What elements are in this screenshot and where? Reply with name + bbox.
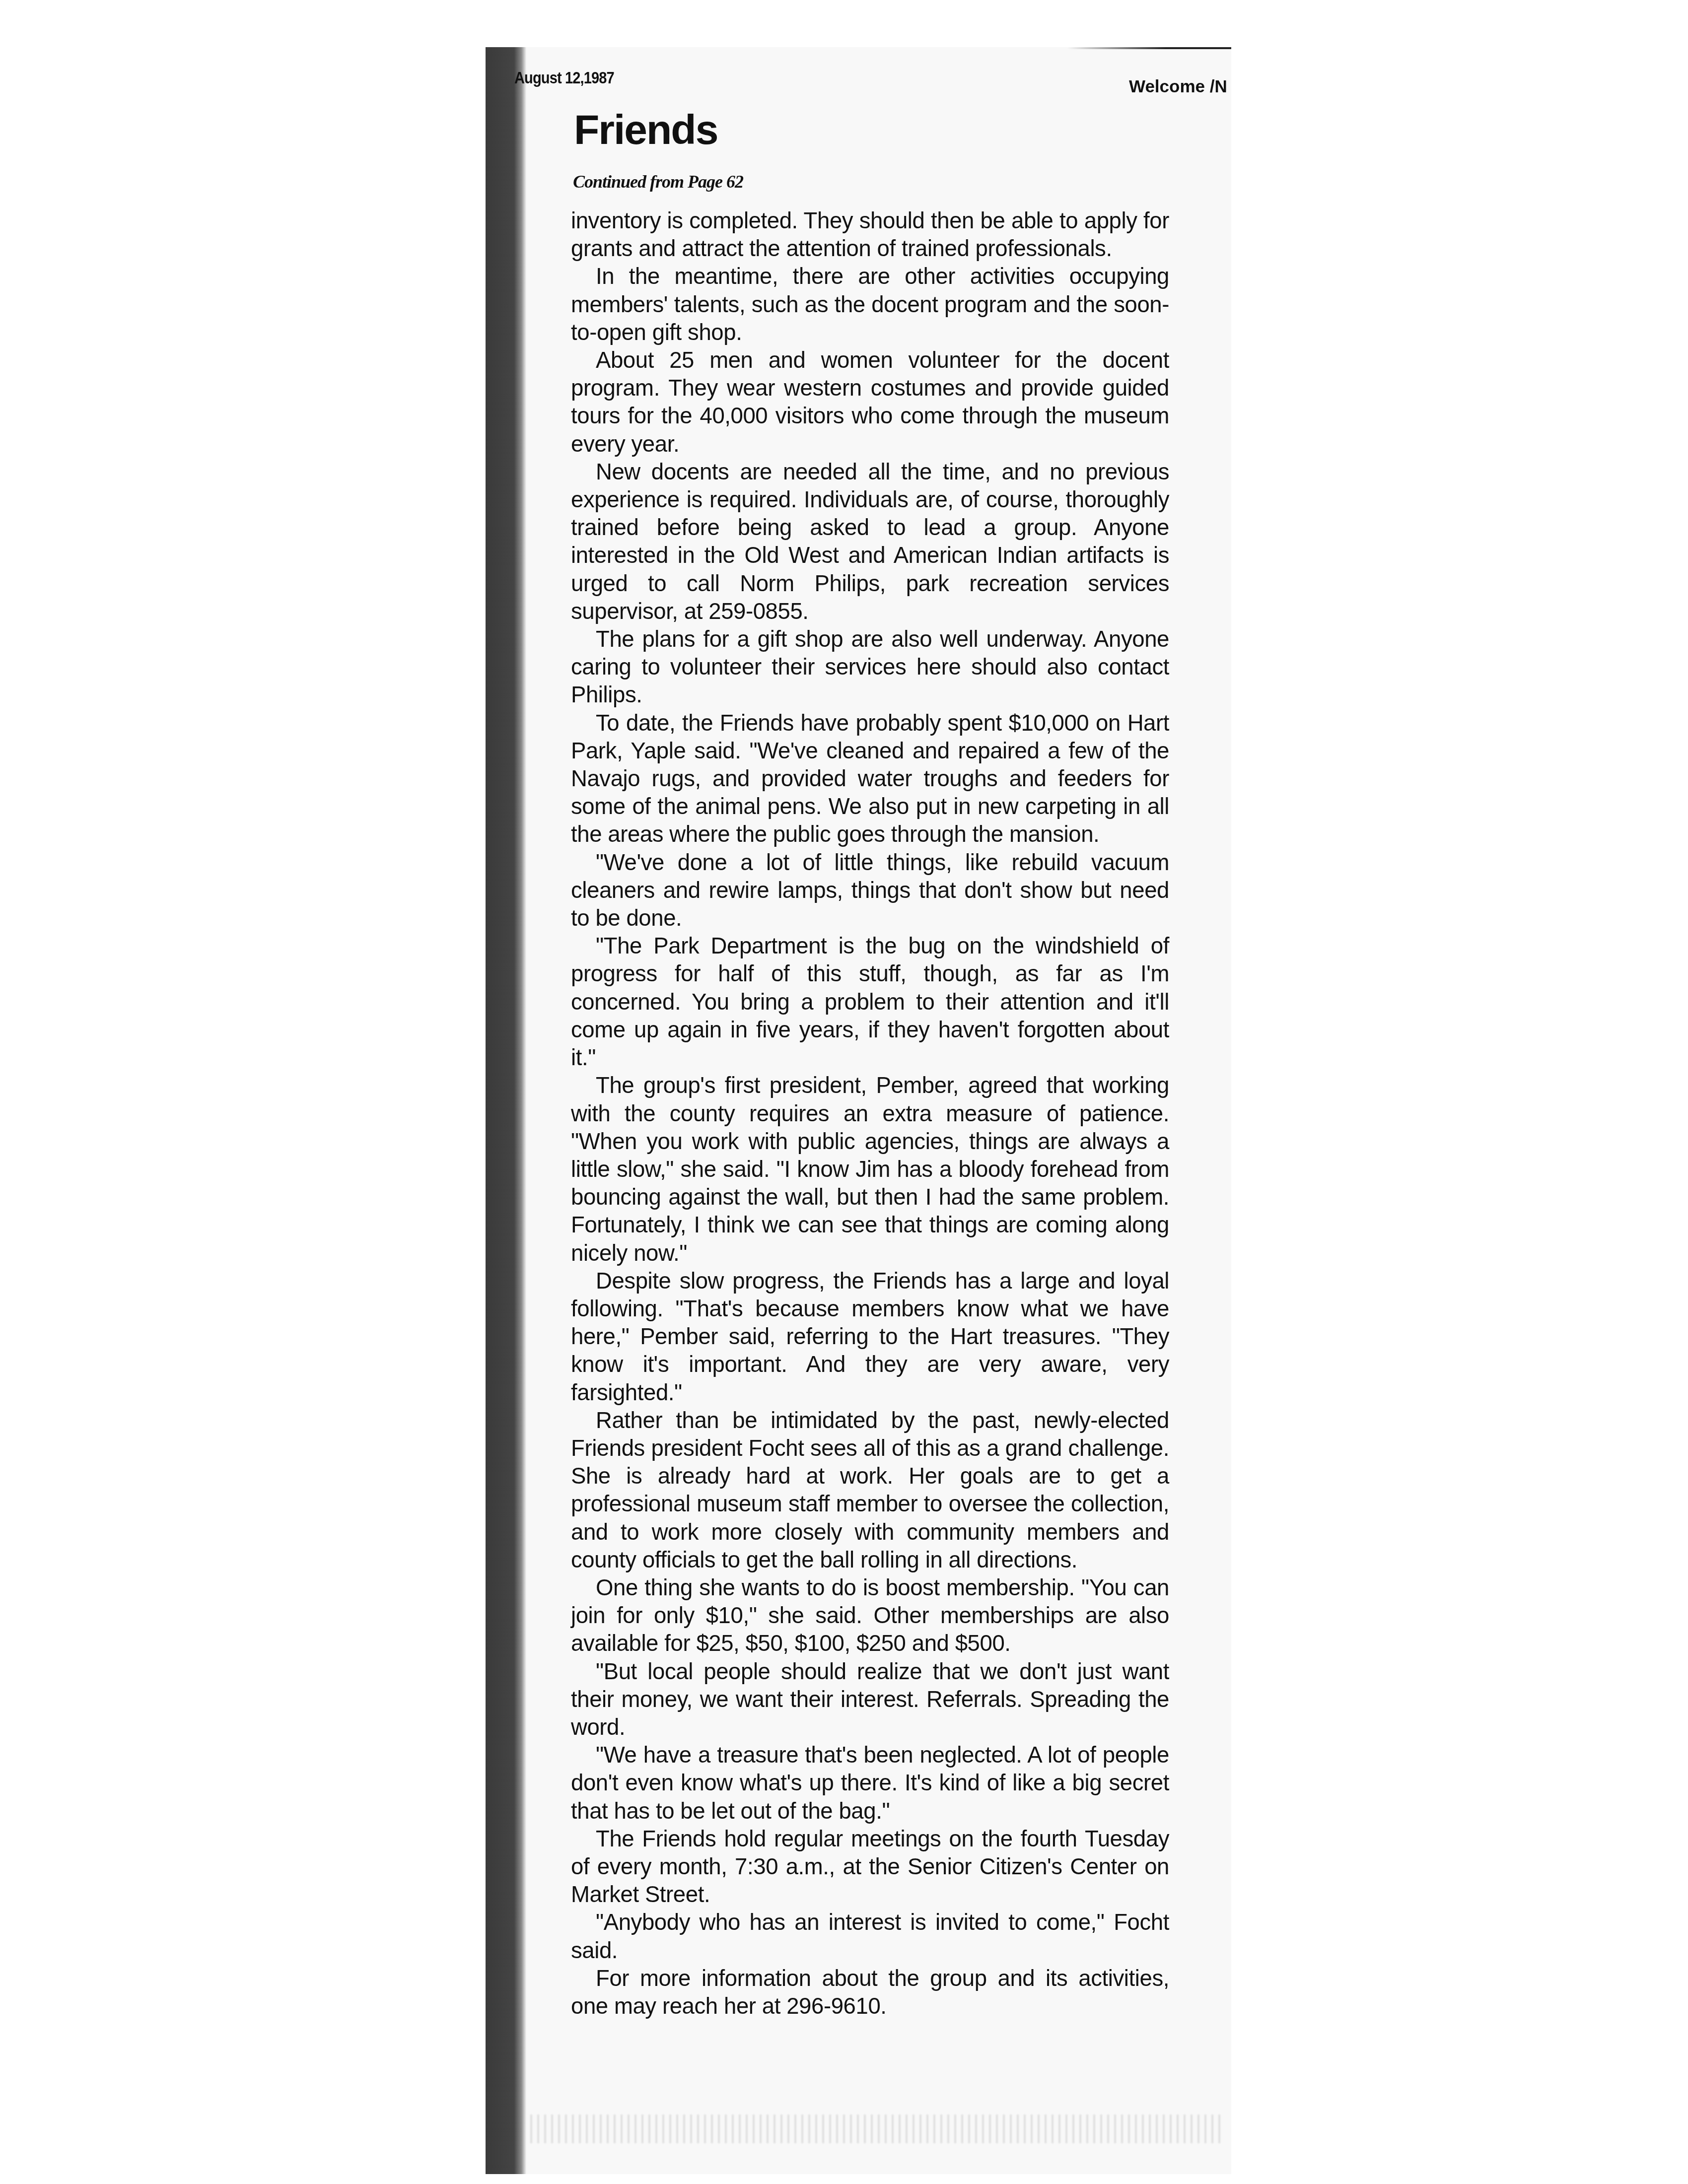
article-paragraph: For more information about the group and… xyxy=(571,1965,1169,2020)
header-rule xyxy=(1067,47,1231,49)
article-paragraph: To date, the Friends have probably spent… xyxy=(571,709,1169,849)
newspaper-clipping: August 12,1987 Welcome /N Friends Contin… xyxy=(486,47,1231,2174)
article-paragraph: In the meantime, there are other activit… xyxy=(571,263,1169,346)
article-paragraph: One thing she wants to do is boost membe… xyxy=(571,1574,1169,1658)
continued-from-note: Continued from Page 62 xyxy=(573,171,743,192)
article-paragraph: inventory is completed. They should then… xyxy=(571,207,1169,263)
article-paragraph: The group's first president, Pember, agr… xyxy=(571,1072,1169,1267)
article-paragraph: The Friends hold regular meetings on the… xyxy=(571,1825,1169,1909)
bleed-through-text xyxy=(530,2115,1225,2143)
article-paragraph: Rather than be intimidated by the past, … xyxy=(571,1407,1169,1574)
article-paragraph: "Anybody who has an interest is invited … xyxy=(571,1909,1169,1964)
article-paragraph: Despite slow progress, the Friends has a… xyxy=(571,1267,1169,1407)
article-paragraph: "We have a treasure that's been neglecte… xyxy=(571,1741,1169,1825)
article-headline: Friends xyxy=(574,106,717,154)
article-paragraph: About 25 men and women volunteer for the… xyxy=(571,346,1169,458)
article-body: inventory is completed. They should then… xyxy=(571,207,1169,2020)
article-paragraph: "We've done a lot of little things, like… xyxy=(571,849,1169,933)
dateline: August 12,1987 xyxy=(514,68,614,87)
section-label: Welcome /N xyxy=(1129,77,1231,97)
scan-spine-shadow xyxy=(486,47,526,2174)
article-paragraph: The plans for a gift shop are also well … xyxy=(571,625,1169,709)
article-paragraph: "The Park Department is the bug on the w… xyxy=(571,932,1169,1072)
article-paragraph: New docents are needed all the time, and… xyxy=(571,458,1169,625)
article-paragraph: "But local people should realize that we… xyxy=(571,1658,1169,1742)
